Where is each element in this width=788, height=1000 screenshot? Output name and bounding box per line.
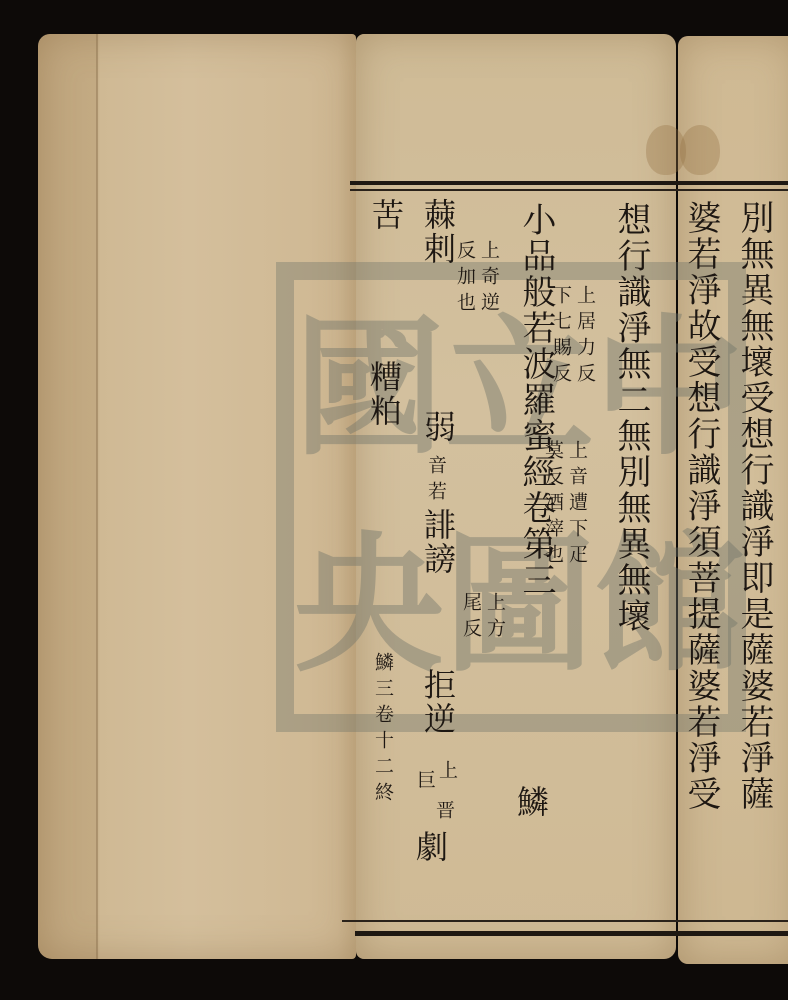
text-column-right-1: 別無異無壞受想行識淨即是薩婆若淨薩 [735,200,773,812]
title-mark: 鱗 [513,785,549,819]
text-column-sutra: 想行識淨無二無別無異無壞 [612,202,650,634]
gloss-word: 弱 [420,410,456,444]
water-stain [680,125,720,175]
bottom-border-rule [342,920,788,934]
gloss-note: 晋 [433,800,455,826]
gloss-word: 劇 [412,830,448,864]
top-border-rule [350,181,788,193]
gloss-word: 苦 [368,198,404,232]
page-fold [96,34,98,959]
gloss-note: 上音遭下疋 莫反酒滓也 [366,440,588,570]
gloss-note: 巨 [414,770,436,796]
gloss-note: 上方 尾反 [416,592,506,644]
gloss-word: 拒逆 [420,668,456,736]
text-column-right-2: 婆若淨故受想行識淨須菩提薩婆若淨受 [682,200,720,812]
gloss-word: 糟粕 [366,360,402,428]
left-blank-leaf [38,34,356,959]
gloss-note: 上奇逆 反加也 [366,240,500,318]
gloss-note: 上 [436,760,458,786]
colophon: 鱗三卷十二終 [372,652,394,808]
